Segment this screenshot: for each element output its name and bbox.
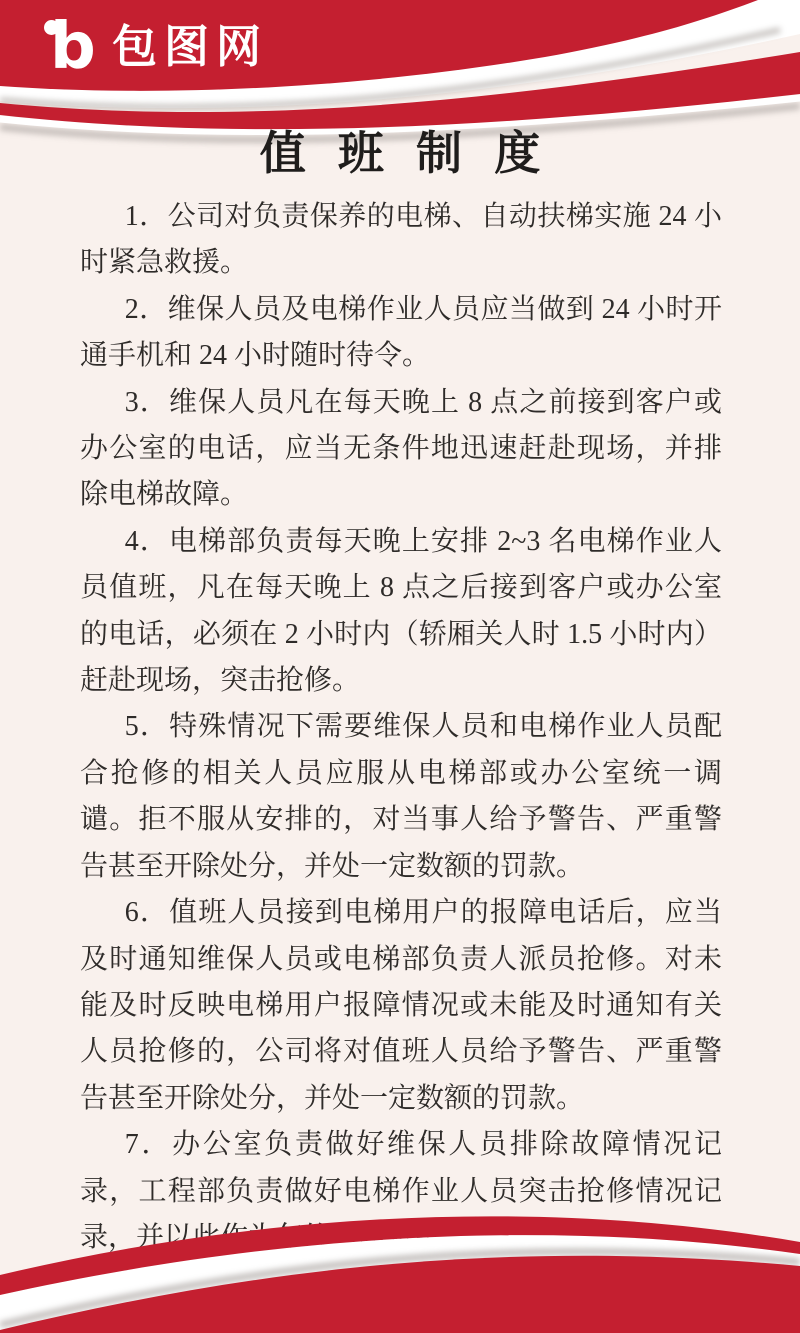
rule-paragraph-4: 4．电梯部负责每天晚上安排 2~3 名电梯作业人员值班，凡在每天晚上 8 点之后… bbox=[80, 519, 722, 705]
rule-paragraph-2: 2．维保人员及电梯作业人员应当做到 24 小时开通手机和 24 小时随时待令。 bbox=[80, 287, 722, 380]
rule-paragraph-6: 6．值班人员接到电梯用户的报障电话后，应当及时通知维保人员或电梯部负责人派员抢修… bbox=[80, 890, 722, 1122]
logo-b-icon: b bbox=[44, 10, 90, 84]
logo-text: 包图网 bbox=[112, 8, 268, 86]
rule-paragraph-1: 1．公司对负责保养的电梯、自动扶梯实施 24 小时紧急救援。 bbox=[80, 194, 722, 287]
duty-system-poster: b 包图网 值班制度 1．公司对负责保养的电梯、自动扶梯实施 24 小时紧急救援… bbox=[0, 0, 800, 1333]
rules-list: 1．公司对负责保养的电梯、自动扶梯实施 24 小时紧急救援。 2．维保人员及电梯… bbox=[80, 194, 722, 1261]
footer-wave-svg bbox=[0, 1178, 800, 1333]
page-title: 值班制度 bbox=[0, 126, 800, 182]
logo-b-letter: b bbox=[50, 12, 96, 82]
ibaotu-logo: b 包图网 bbox=[44, 8, 268, 86]
rule-paragraph-3: 3．维保人员凡在每天晚上 8 点之前接到客户或办公室的电话，应当无条件地迅速赶赴… bbox=[80, 380, 722, 519]
rule-paragraph-5: 5．特殊情况下需要维保人员和电梯作业人员配合抢修的相关人员应服从电梯部或办公室统… bbox=[80, 704, 722, 890]
